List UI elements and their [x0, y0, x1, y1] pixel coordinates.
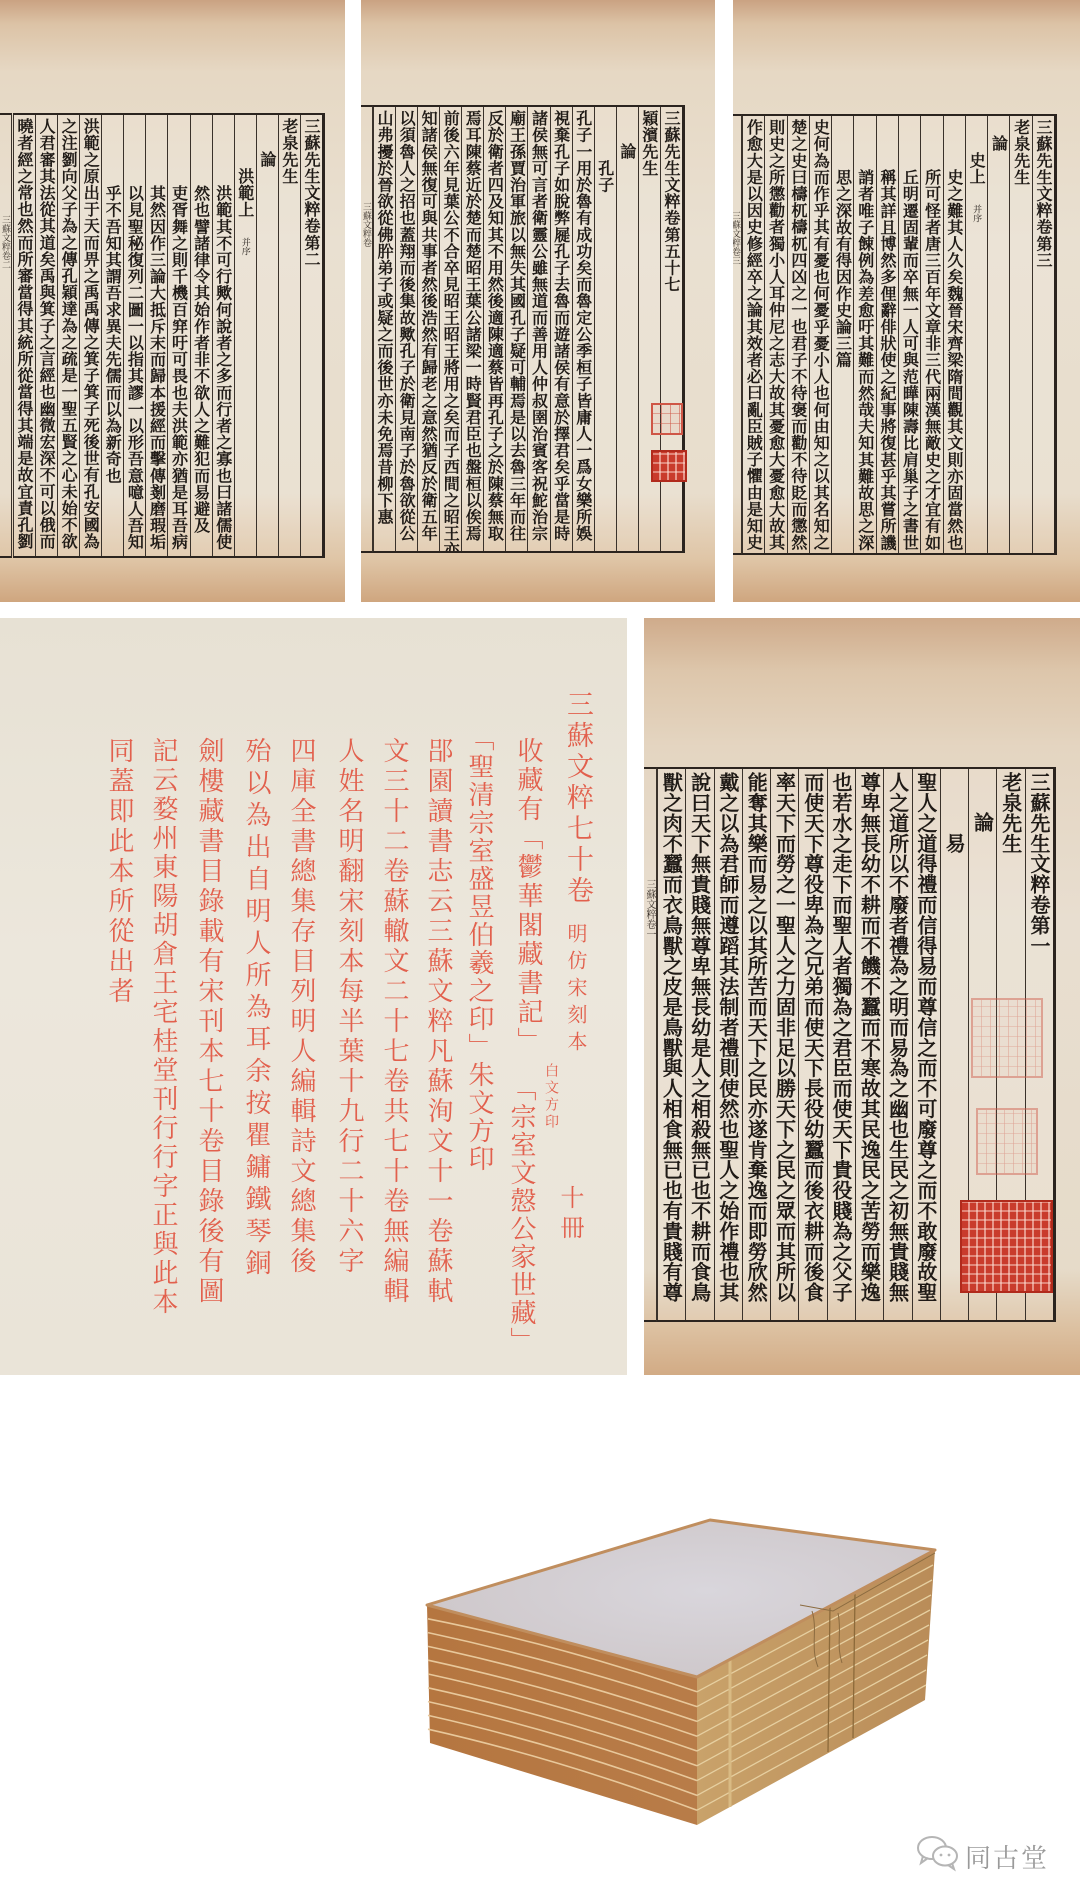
section-title: 史上 并序 [965, 116, 987, 553]
text-column: 丘明遷固輩而卒無一人可與范曄陳壽比肩巢子之書世 [898, 116, 920, 553]
genre-heading: 論 [987, 116, 1009, 553]
text-column: 誚者唯子餗例為差愈吁其難而然哉夫知其難故思之深 [853, 116, 875, 553]
handwritten-catalogue-note: 三蘇文粹七十卷 明仿宋刻本 十冊 收藏有「鬱華閣藏書記」 白文方印 「宗室文慤公… [0, 618, 627, 1375]
text-block: 三蘇先生文粹卷第五十七 穎濱先生 論 孔子 孔子一用於魯有成功矣而魯定公季桓子皆… [373, 105, 685, 553]
text-column: 說曰天下無貴賤無尊卑無長幼是人之相殺無已也不耕而食鳥 [685, 769, 713, 1320]
text-column: 焉耳陳蔡近於楚而楚昭王葉公諸梁一時賢君臣也盤桓以俟焉 [461, 107, 483, 551]
author-heading: 老泉先生 [278, 115, 300, 556]
text-column: 洪範之原出于天而畀之禹禹傳之箕子箕子死後世有孔安國為 [79, 115, 101, 556]
text-column: 則史之所懲勸者獨小人耳仲尼之志大故其憂愈大憂愈大故其 [764, 116, 786, 553]
text-column: 廟王孫賈治軍旅以無失其國孔子疑可輔焉是以去魯三年而往 [505, 107, 527, 551]
text-block: 三蘇先生文粹卷第三 老泉先生 論 史上 并序 史之難其人久矣魏晉宋齊梁隋間觀其文… [742, 114, 1057, 555]
text-column: 率天下而勞之一聖人之力固非足以勝天下之民之眾而其所以 [770, 769, 798, 1320]
note-provenance-1-seal-type: 白文方印 [543, 1063, 559, 1131]
collector-seal-icon [976, 1108, 1038, 1175]
section-note: 并序 [240, 237, 250, 255]
text-block: 三蘇先生文粹卷第二 老泉先生 論 洪範上 并序 洪範其不可行歟何說者之多而行者之… [13, 113, 325, 558]
text-column: 尊卑無長幼不耕而不饑不蠶而不寒故其民逸民之苦勞而樂逸 [855, 769, 883, 1320]
text-column: 乎不吾知其謂吾求異夫先儒而以為新奇也 [101, 115, 123, 556]
page-fold-label: 三蘇文粹卷 [361, 105, 373, 553]
note-body-column: 殆以為出自明人所為耳余按瞿鏞鐵琴銅 [241, 737, 271, 1281]
genre-heading: 論 [256, 115, 278, 556]
text-column: 所可怪者唐三百年文章非三代兩漢無敵史之才宜有如 [920, 116, 942, 553]
note-body-column: 人姓名明翻宋刻本每半葉十九行二十六字 [334, 737, 364, 1277]
section-title: 洪範上 并序 [234, 115, 256, 556]
text-column: 史之難其人久矣魏晉宋齊梁隋間觀其文則亦固當然也 [943, 116, 965, 553]
note-body-column: 文三十二卷蘇轍文二十七卷共七十卷無編輯 [379, 737, 409, 1307]
note-body-column: 郘園讀書志云三蘇文粹凡蘇洵文十一卷蘇軾 [423, 737, 453, 1307]
author-heading: 穎濱先生 [638, 107, 660, 551]
volume-title: 三蘇先生文粹卷第三 [1032, 116, 1054, 553]
wechat-icon [915, 1834, 961, 1872]
text-column: 能奪其樂而易之以其所苦而天下之民亦遂肯棄逸而即勞欣然 [742, 769, 770, 1320]
text-column: 知諸侯無復可與共事者然後浩然有歸老之意然猶反於衛五年 [417, 107, 439, 551]
page-photo-volume-1: 三蘇文粹卷一 三蘇先生文粹卷第一 老泉先生 論 易 聖人之道得禮而信得易而尊信之… [644, 618, 1080, 1375]
text-column: 以見聖秘復列二圖一以指其謬一以形吾意噫人吾知 [123, 115, 145, 556]
text-column: 然也譬諸律令其始作者非不欲人之難犯而易避及 [190, 115, 212, 556]
text-column: 曉者經之常也然而所審當得其統所從當得其端是故宜責孔劉 [13, 115, 35, 556]
collector-seal-icon [651, 403, 683, 435]
note-body-column: 四庫全書總集存目列明人編輯詩文總集後 [286, 737, 316, 1277]
text-column: 楚之史曰檮杌檮杌四凶之一也君子不待褒而勸不待貶而懲然 [787, 116, 809, 553]
note-provenance-1: 收藏有「鬱華閣藏書記」 [513, 737, 543, 1056]
collector-seal-icon [960, 1200, 1053, 1293]
text-column: 諸侯無可言者衛靈公雖無道而善用人仲叔圉治賓客祝鮀治宗 [527, 107, 549, 551]
page-fold-label: 三蘇文粹卷三 [733, 114, 742, 555]
text-column: 而使天下尊役卑為之兄弟而使天下長役幼蠶而後衣耕而後食 [798, 769, 826, 1320]
author-heading: 老泉先生 [1009, 116, 1031, 553]
note-body-column: 記云婺州東陽胡倉王宅桂堂刊行行字正與此本 [148, 737, 178, 1317]
page-photo-volume-2: 三蘇文粹卷二 三蘇先生文粹卷第二 老泉先生 論 洪範上 并序 洪範其不可行歟何說… [0, 0, 345, 602]
genre-heading: 論 [616, 107, 638, 551]
text-column: 視棄孔子如脫弊屣孔子去魯而遊諸侯有意於擇君矣乎當是時 [550, 107, 572, 551]
text-column: 前後六年見葉公不合卒見昭王昭王將用之矣而子西間之昭王亦死 [439, 107, 461, 551]
page-photo-volume-3: 三蘇文粹卷三 三蘇先生文粹卷第三 老泉先生 論 史上 并序 史之難其人久矣魏晉宋… [733, 0, 1080, 602]
text-column: 人之道所以不廢者禮為之明而易為之幽也生民之初無貴賤無 [883, 769, 911, 1320]
section-note: 并序 [971, 205, 981, 223]
text-column: 洪範其不可行歟何說者之多而行者之寡也曰諸儒使 [212, 115, 234, 556]
note-body-column: 同蓋即此本所從出者 [104, 737, 134, 1007]
volume-title: 三蘇先生文粹卷第五十七 [660, 107, 682, 551]
text-column: 聖人之道得禮而信得易而尊信之而不可廢尊之而不敢廢故聖 [912, 769, 940, 1320]
text-column: 獸之肉不蠶而衣鳥獸之皮是鳥獸與人相食無已也有貴賤有尊 [657, 769, 685, 1320]
note-provenance-3: 「聖清宗室盛昱伯羲之印」朱文方印 [464, 725, 494, 1173]
note-provenance-2: 「宗室文慤公家世藏」 [506, 1075, 536, 1355]
text-column: 孔子一用於魯有成功矣而魯定公季桓子皆庸人一爲女樂所娛 [572, 107, 594, 551]
text-column: 史何為而作乎其有憂也何憂乎憂小人也何由知之以其名知之 [809, 116, 831, 553]
text-column: 作愈大是以因史修經卒之論其效者必曰亂臣賊子懼由是知史 [742, 116, 764, 553]
text-column: 也若水之走下而聖人者獨為之君臣而使天下貴役賤為之父子 [827, 769, 855, 1320]
text-column: 吏胥舞之則千機百穽吁可畏也夫洪範亦猶是耳吾病 [167, 115, 189, 556]
page-fold-label: 三蘇文粹卷一 [644, 767, 657, 1322]
text-column: 之注劉向父子為之傳孔穎達為之疏是一聖五賢之心未始不欲 [57, 115, 79, 556]
volume-title: 三蘇先生文粹卷第二 [300, 115, 322, 556]
text-column: 稱其詳且博然多俚辭俳狀使之紀事將復甚乎其嘗所譏 [876, 116, 898, 553]
text-column: 思之深故有得因作史論三篇 [831, 116, 853, 553]
collector-seal-icon [651, 450, 687, 482]
section-title-text: 洪範上 [236, 168, 255, 218]
section-title-text: 史上 [967, 152, 986, 185]
text-column: 以須魯人之招也蓋翔而後集故歟孔子於衛見南子於魯欲從公 [395, 107, 417, 551]
text-column: 反於衛者四及知其不用然後適陳適蔡皆再孔子之於陳蔡無取 [483, 107, 505, 551]
text-column: 其然因作三論大抵斥末而歸本援經而擊傳剗磨瑕垢 [145, 115, 167, 556]
note-body-column: 劍樓藏書目錄載有宋刊本七十卷目錄後有圖 [194, 737, 224, 1307]
collector-seal-icon [971, 998, 1043, 1078]
watermark-text: 同古堂 [965, 1838, 1049, 1875]
page-photo-volume-57: 三蘇文粹卷 三蘇先生文粹卷第五十七 穎濱先生 論 孔子 孔子一用於魯有成功矣而魯… [361, 0, 715, 602]
book-stack-photo [0, 1375, 1080, 1902]
text-column: 人君審其法從其道矣禹與箕子之言經也幽微宏深不可以俄而 [35, 115, 57, 556]
note-title: 三蘇文粹七十卷 [562, 690, 592, 907]
note-volume-count: 十冊 [555, 1185, 585, 1245]
page-fold-label: 三蘇文粹卷二 [0, 113, 12, 558]
text-column: 戴之以為君師而遵蹈其法制者禮則使然也聖人之始作禮也其 [714, 769, 742, 1320]
section-title: 孔子 [594, 107, 616, 551]
note-edition: 明仿宋刻本 [565, 923, 587, 1058]
text-column: 山弗擾於晉欲從佛肸弟子或疑之而後世亦未免焉昔柳下惠 [373, 107, 395, 551]
